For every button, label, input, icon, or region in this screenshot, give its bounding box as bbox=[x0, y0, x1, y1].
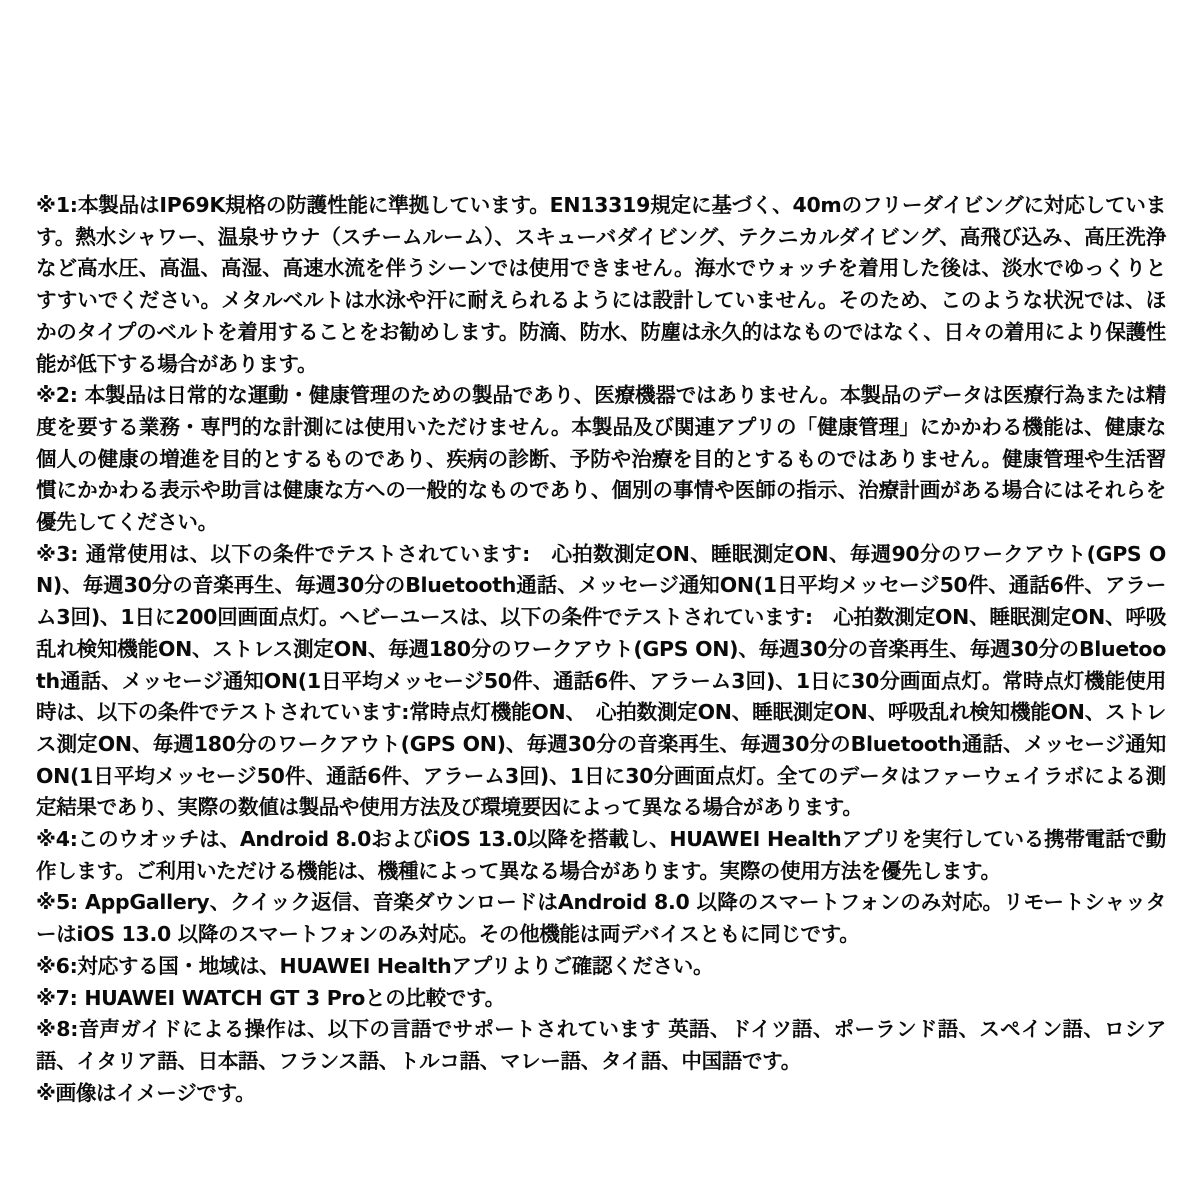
footnote-2: ※2: 本製品は日常的な運動・健康管理のための製品であり、医療機器ではありません… bbox=[36, 380, 1166, 539]
disclaimer-text-block: ※1:本製品はIP69K規格の防護性能に準拠しています。EN13319規定に基づ… bbox=[36, 190, 1166, 1109]
footnote-image-note: ※画像はイメージです。 bbox=[36, 1078, 1166, 1110]
disclaimer-page: ※1:本製品はIP69K規格の防護性能に準拠しています。EN13319規定に基づ… bbox=[0, 0, 1200, 1200]
footnote-5: ※5: AppGallery、クイック返信、音楽ダウンロードはAndroid 8… bbox=[36, 887, 1166, 950]
footnote-8: ※8:音声ガイドによる操作は、以下の言語でサポートされています 英語、ドイツ語、… bbox=[36, 1014, 1166, 1077]
footnote-6: ※6:対応する国・地域は、HUAWEI Healthアプリよりご確認ください。 bbox=[36, 951, 1166, 983]
footnote-1: ※1:本製品はIP69K規格の防護性能に準拠しています。EN13319規定に基づ… bbox=[36, 190, 1166, 380]
footnote-4: ※4:このウオッチは、Android 8.0およびiOS 13.0以降を搭載し、… bbox=[36, 824, 1166, 887]
footnote-7: ※7: HUAWEI WATCH GT 3 Proとの比較です。 bbox=[36, 983, 1166, 1015]
footnote-3: ※3: 通常使用は、以下の条件でテストされています: 心拍数測定ON、睡眠測定O… bbox=[36, 539, 1166, 824]
